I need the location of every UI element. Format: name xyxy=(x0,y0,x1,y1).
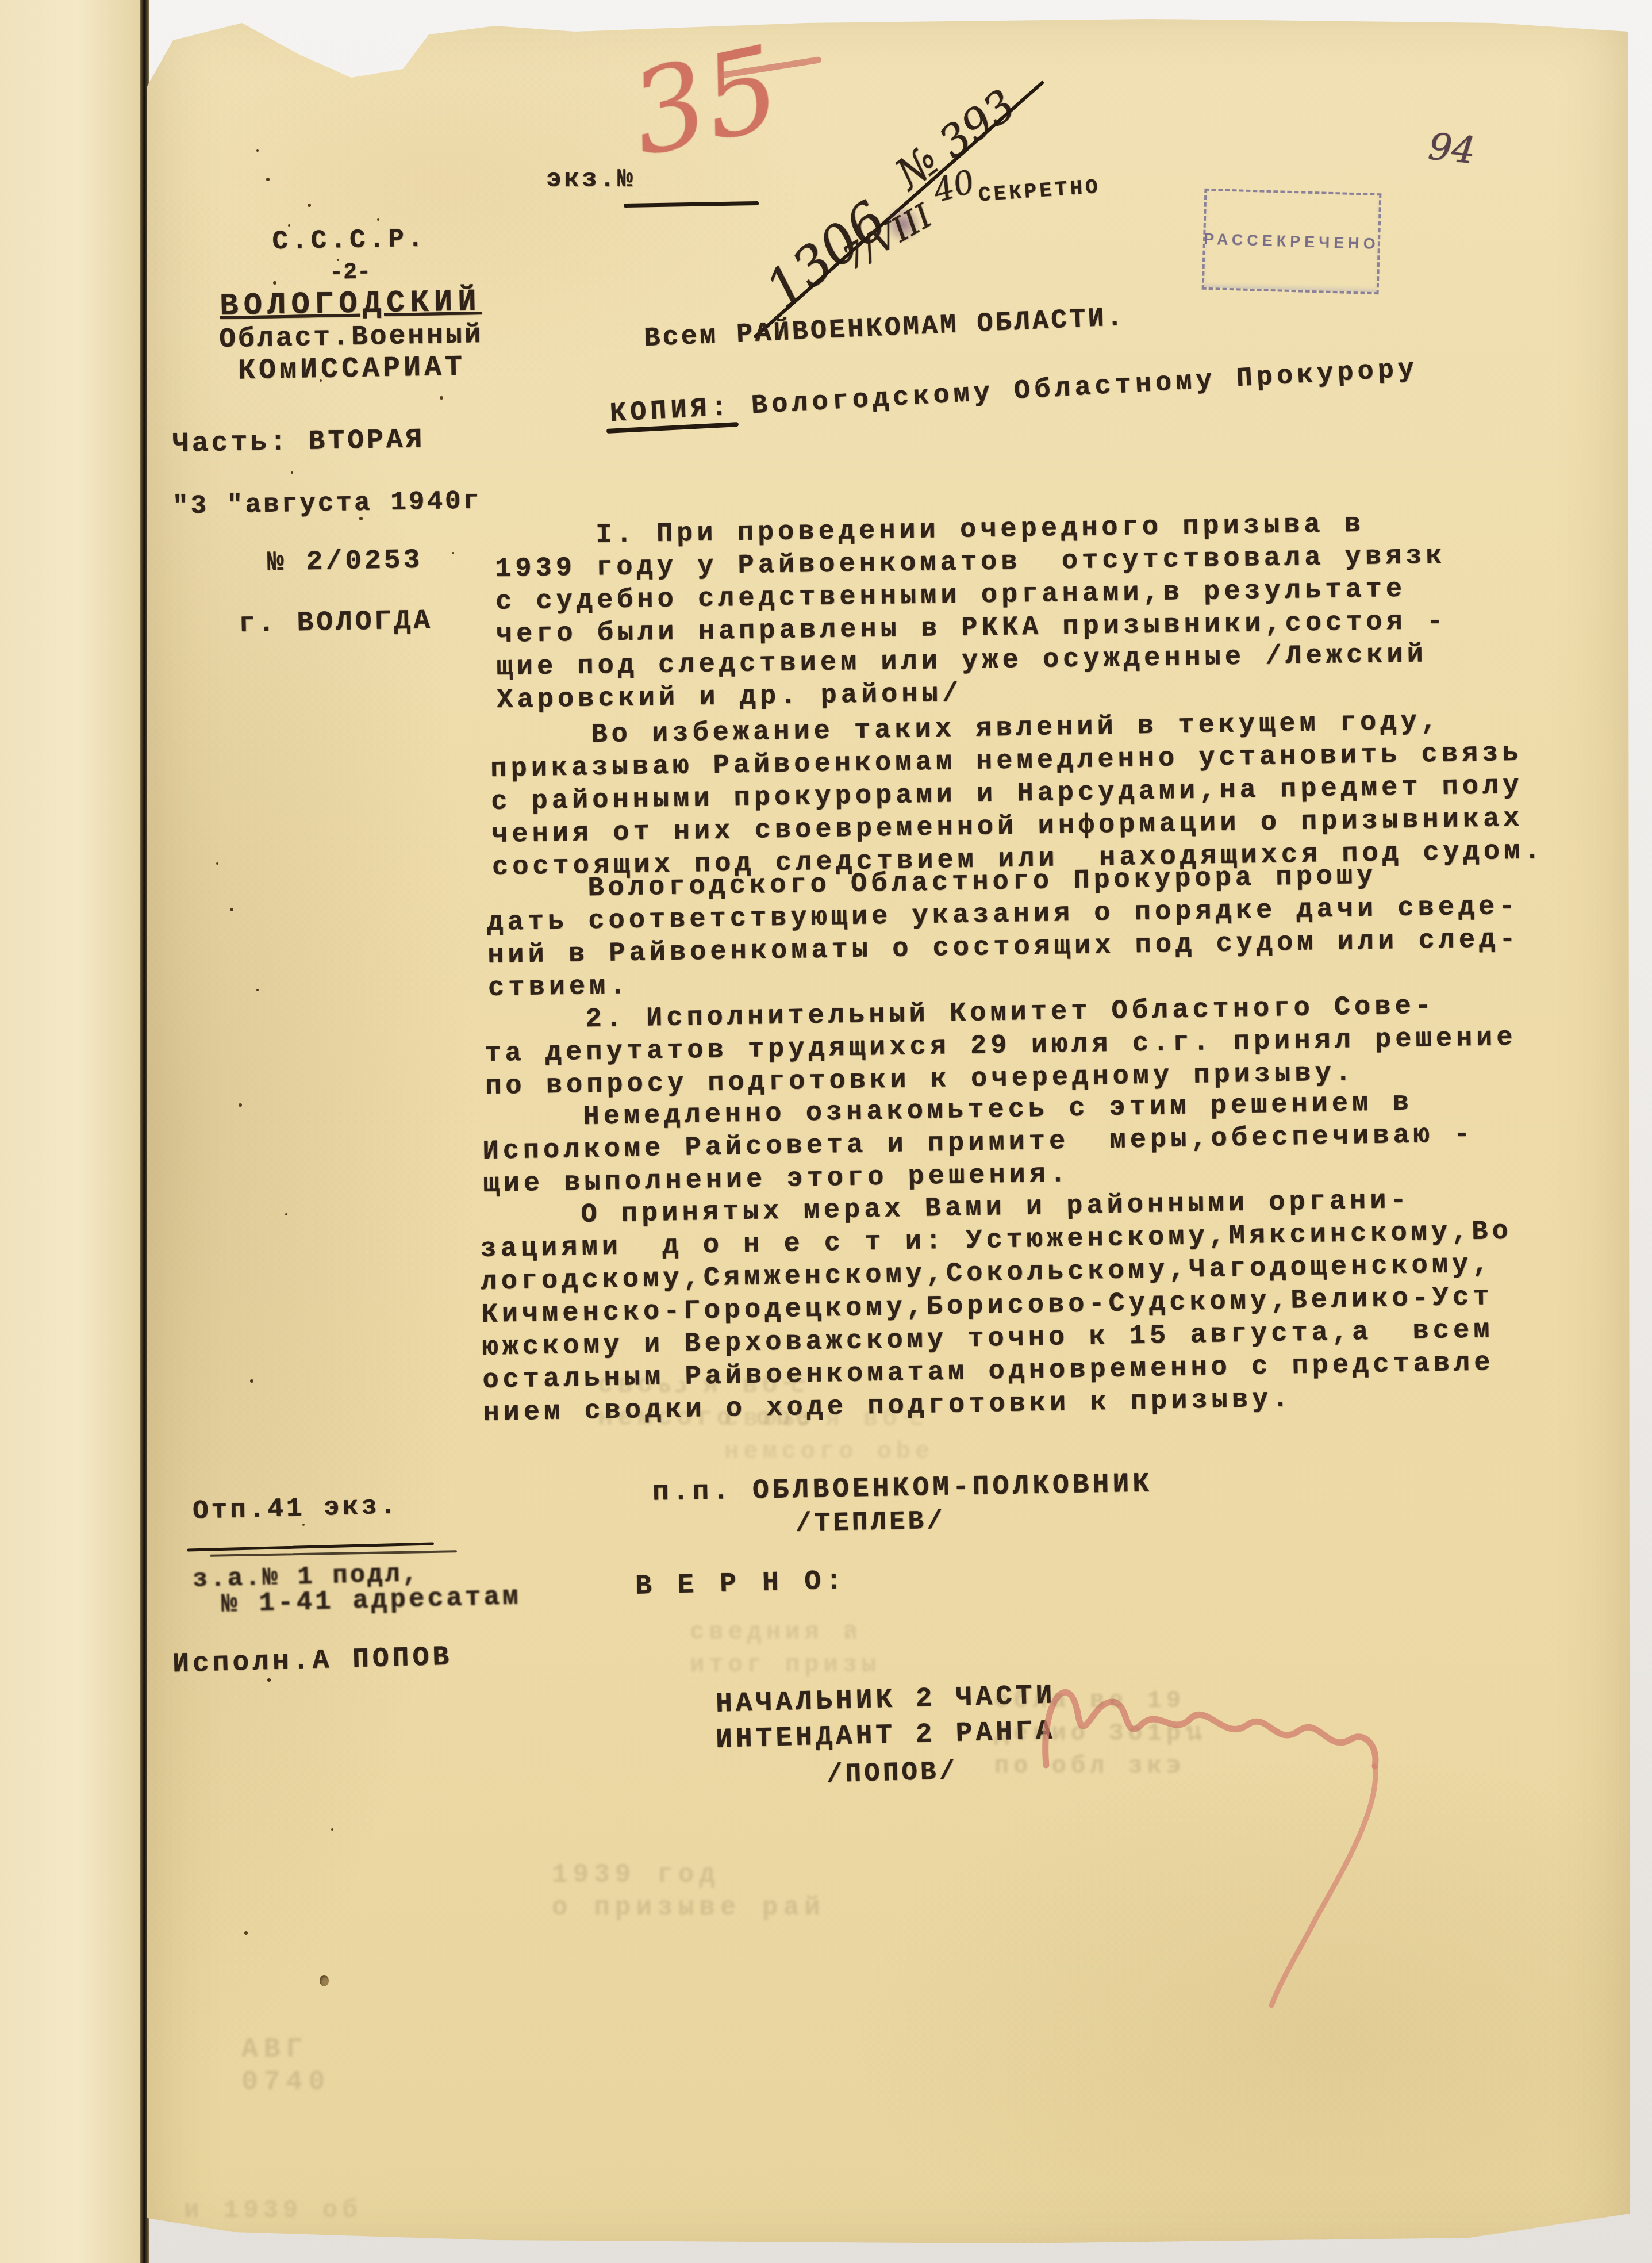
letterhead-country: С.С.С.Р. xyxy=(160,222,540,259)
executor-note: Исполн.А ПОПОВ xyxy=(172,1642,453,1681)
signed-title-line: п.п. ОБЛВОЕНКОМ-ПОЛКОВНИК xyxy=(652,1468,1153,1508)
footer-rule-2 xyxy=(210,1550,457,1557)
bleedthrough-text: и 1939 об xyxy=(184,2196,362,2229)
declassified-stamp: РАССЕКРЕЧЕНО xyxy=(1202,189,1382,295)
bleedthrough-text: сведния ลитог призы xyxy=(690,1616,881,1681)
addressee-line: Всем РАЙВОЕНКОМАМ ОБЛАСТИ. xyxy=(643,303,1125,354)
paragraph-1: I. При проведении очередного призыва в19… xyxy=(494,507,1448,717)
bleedthrough-text: своده я вбモнемсого оbe xyxy=(724,1403,934,1468)
document-page: 94 экз.№ 35 1306 № 393 7/VIII 40 СЕКРЕТН… xyxy=(147,0,1630,2263)
letterhead: С.С.С.Р. -2- ВОЛОГОДСКИЙ Област.Военный … xyxy=(160,222,542,389)
copy-number-value: 35 xyxy=(620,21,791,182)
paragraph-5: Немедленно ознакомьтесь с этим решением … xyxy=(482,1086,1475,1201)
letterhead-date: "3 "августа 1940г xyxy=(172,486,482,521)
bleedthrough-text: 1939 годо призыве рай xyxy=(552,1857,825,1923)
paragraph-3: Вологодского Областного Прокурора прошуд… xyxy=(486,858,1520,1005)
footer-rule xyxy=(187,1542,434,1551)
letterhead-org3: КОмИССАРИАТ xyxy=(162,350,541,389)
ink-specks xyxy=(216,862,218,865)
verno-label: В Е Р Н О: xyxy=(635,1566,847,1602)
certifier-name: /ПОПОВ/ xyxy=(826,1756,958,1790)
signed-name: /ТЕПЛЕВ/ xyxy=(796,1506,946,1539)
paragraph-4: 2. Исполнительный Комитет Областного Сов… xyxy=(484,989,1517,1103)
paper-hole xyxy=(320,1975,329,1986)
letterhead-city: г. ВОЛОГДА xyxy=(239,605,433,640)
letterhead-part: Часть: ВТОРАЯ xyxy=(172,424,425,460)
letterhead-org1: ВОЛОГОДСКИЙ xyxy=(160,283,540,325)
copies-note: Отп.41 экз. xyxy=(192,1491,399,1526)
copy-number-underline xyxy=(624,201,759,208)
letterhead-number: № 2/0253 xyxy=(267,545,423,579)
copy-addressee-line: КОПИЯ: Вологодскому Областному Прокурору xyxy=(609,354,1419,430)
document-scan: 94 экз.№ 35 1306 № 393 7/VIII 40 СЕКРЕТН… xyxy=(0,0,1652,2263)
perforation-dots xyxy=(1635,1696,1638,2260)
declassified-stamp-text: РАССЕКРЕЧЕНО xyxy=(1204,230,1380,253)
page-number: 94 xyxy=(1426,125,1477,172)
bleedthrough-text: обла ве 19денио Зо1рนпо обл зк϶ xyxy=(994,1683,1207,1782)
bleedthrough-text: АВГ0740 xyxy=(241,2030,331,2095)
ink-specks xyxy=(256,149,259,152)
paragraph-2: Во избежание таких явлений в текущем год… xyxy=(490,704,1545,884)
copy-number-label: экз.№ xyxy=(546,165,635,194)
secret-label: СЕКРЕТНО xyxy=(978,175,1101,208)
underlying-page-edge xyxy=(0,0,141,2263)
